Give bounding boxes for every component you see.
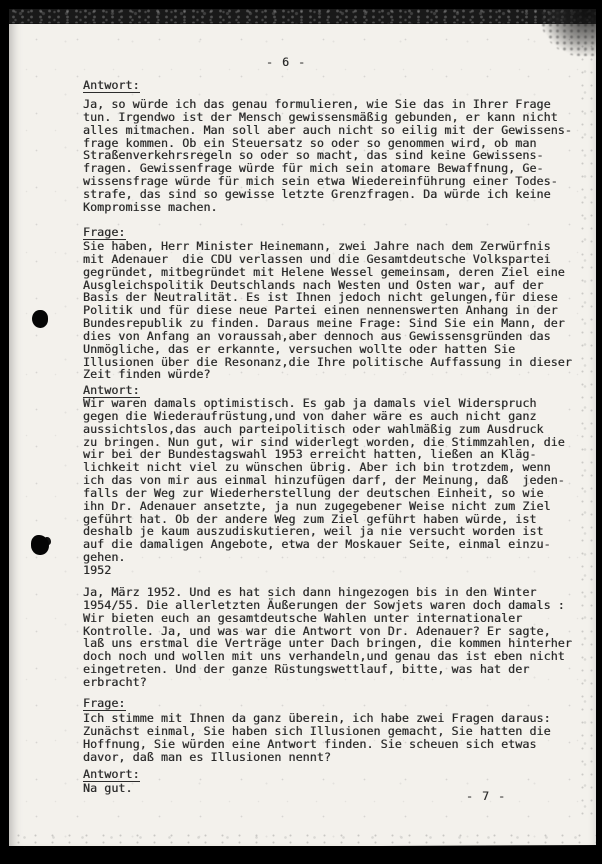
scan-artifact-band [9, 8, 602, 24]
scan-border-bottom [0, 845, 602, 864]
answer-paragraph-2: Wir waren damals optimistisch. Es gab ja… [83, 397, 583, 564]
answer-heading-1: Antwort: [83, 79, 140, 93]
year-line: 1952 [83, 564, 111, 577]
answer-paragraph-3: Ja, März 1952. Und es hat sich dann hing… [83, 586, 583, 689]
page-number-top: - 6 - [266, 56, 306, 69]
scan-border-right [596, 0, 602, 864]
question-heading-2-label: Frage: [83, 697, 126, 711]
hole-punch-bottom [31, 535, 49, 555]
question-heading-2: Frage: [83, 697, 126, 711]
question-paragraph-2: Ich stimme mit Ihnen da ganz überein, ic… [83, 712, 583, 763]
answer-paragraph-1: Ja, so würde ich das genau formulieren, … [83, 98, 583, 214]
page-number-bottom: - 7 - [466, 790, 506, 803]
scan-border-left [0, 0, 9, 864]
answer-heading-1-label: Antwort: [83, 79, 140, 93]
question-paragraph-1: Sie haben, Herr Minister Heinemann, zwei… [83, 240, 583, 381]
answer-short-line: Na gut. [83, 782, 133, 795]
scan-border-top [0, 0, 602, 9]
hole-punch-top [32, 310, 48, 328]
scanned-document-page: - 6 - - 7 - Antwort: Ja, so würde ich da… [0, 0, 602, 864]
